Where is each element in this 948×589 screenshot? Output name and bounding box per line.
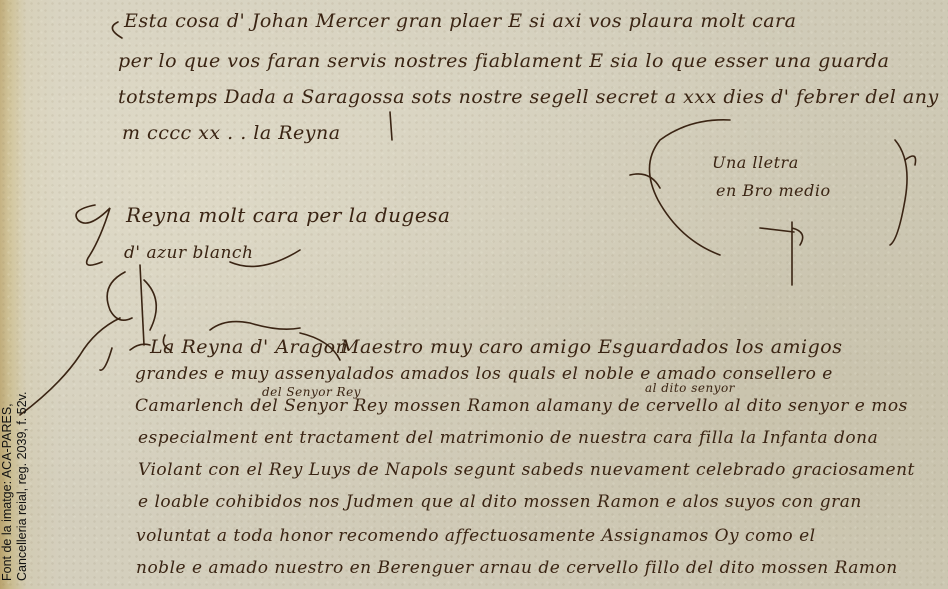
manuscript-line: per lo que vos faran servis nostres fiab…: [118, 52, 889, 71]
manuscript-line: voluntat a toda honor recomendo affectuo…: [136, 528, 816, 545]
interlinear-note: al dito senyor: [645, 382, 735, 394]
address-line: Reyna molt cara per la dugesa: [126, 205, 450, 225]
image-source-caption: Font de la imatge: ACA-PARES, Cancelleri…: [0, 292, 30, 589]
manuscript-line: Violant con el Rey Luys de Napols segunt…: [138, 462, 915, 479]
manuscript-line: noble e amado nuestro en Berenguer arnau…: [136, 560, 898, 577]
manuscript-line: Camarlench del Senyor Rey mossen Ramon a…: [135, 398, 908, 415]
manuscript-page: Esta cosa d' Johan Mercer gran plaer E s…: [0, 0, 948, 589]
manuscript-line: m cccc xx . . la Reyna: [122, 124, 341, 143]
manuscript-line: totstemps Dada a Saragossa sots nostre s…: [118, 88, 939, 107]
caption-line-1: Font de la imatge: ACA-PARES,: [0, 292, 15, 581]
caption-line-2: Cancelleria reial, reg. 2039, f. 52v.: [15, 292, 30, 581]
manuscript-line: especialment ent tractament del matrimon…: [138, 430, 878, 447]
marginal-note: Una lletra: [712, 155, 799, 171]
marginal-note: en Bro medio: [716, 183, 831, 199]
address-line: d' azur blanch: [124, 245, 253, 262]
manuscript-line: Esta cosa d' Johan Mercer gran plaer E s…: [124, 12, 796, 31]
letter-heading: La Reyna d' Aragon: [150, 338, 348, 357]
manuscript-line: e loable cohibidos nos Judmen que al dit…: [138, 494, 862, 511]
manuscript-line: Maestro muy caro amigo Esguardados los a…: [340, 338, 842, 357]
